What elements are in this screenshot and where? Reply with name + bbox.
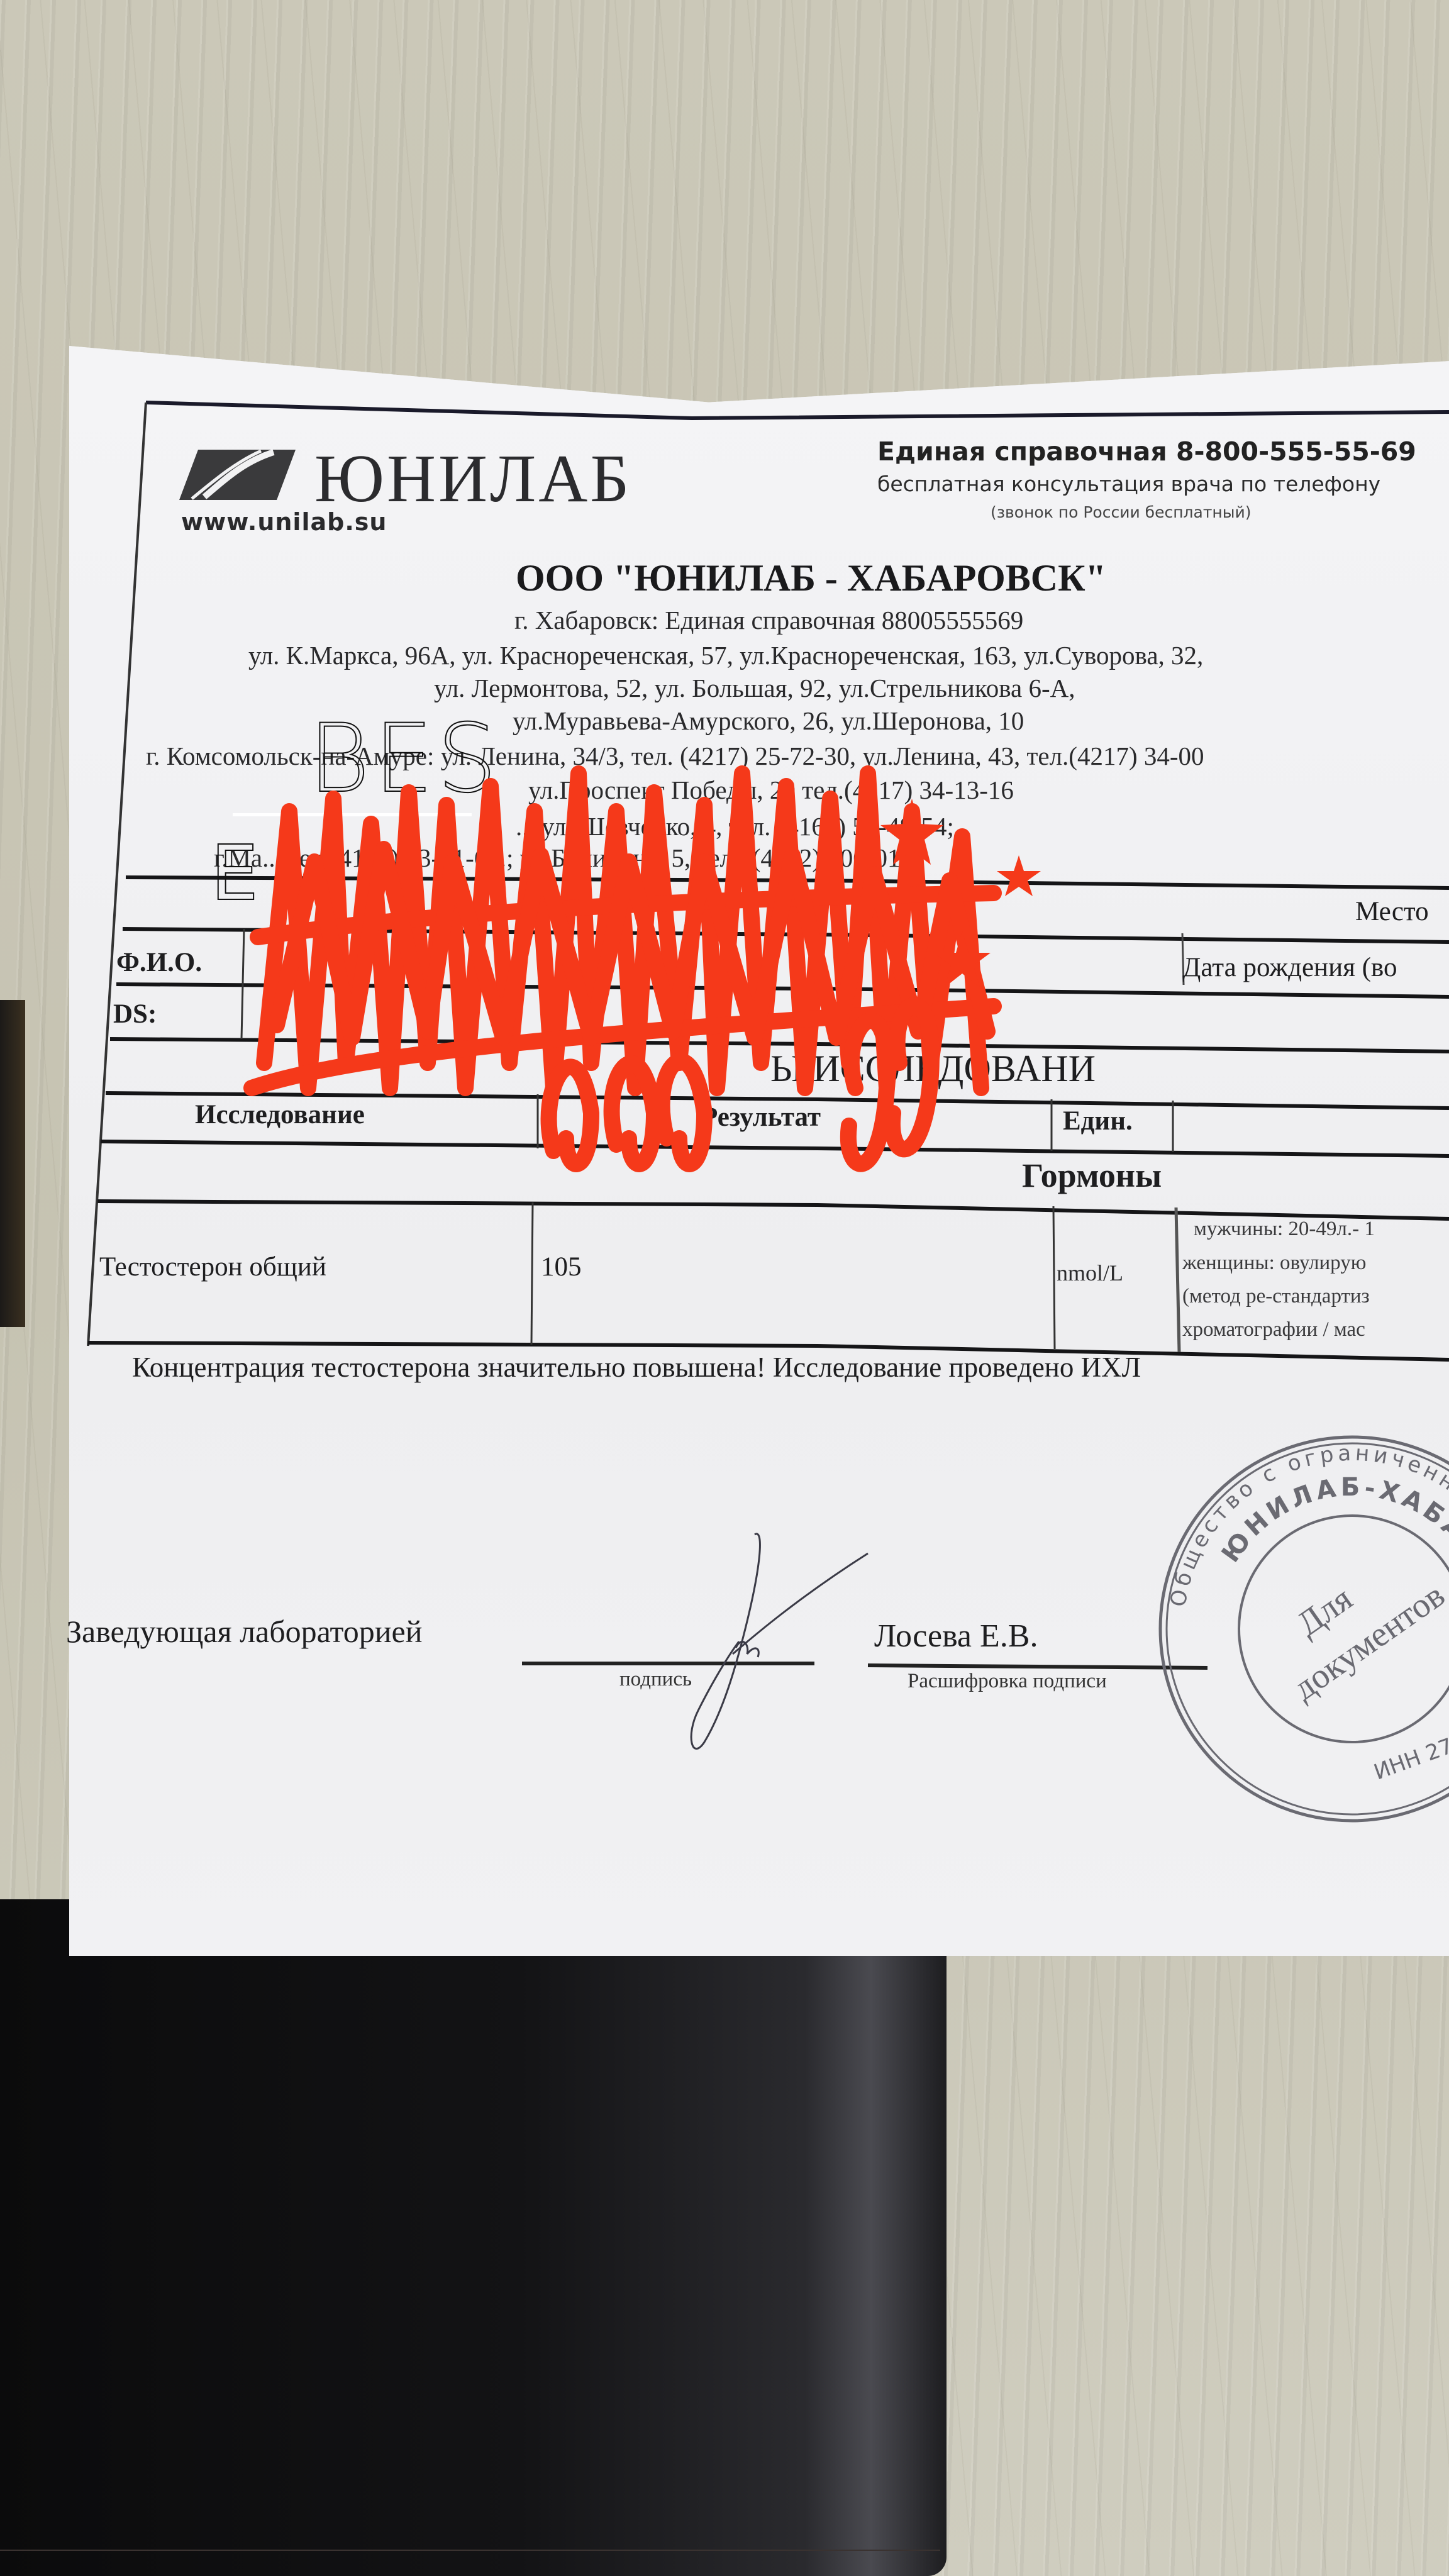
organization-title: ООО "ЮНИЛАБ - ХАБАРОВСК" (516, 557, 1106, 600)
red-scribble-redaction (239, 736, 1075, 1201)
hotline-phone: Единая справочная 8-800-555-55-69 (877, 436, 1416, 467)
address-line: г. Хабаровск: Единая справочная 88005555… (514, 605, 1023, 635)
brand-url: www.unilab.su (181, 508, 387, 536)
name-label: Ф.И.О. (116, 947, 202, 978)
name-caption: Расшифровка подписи (908, 1670, 1107, 1693)
reference-line: женщины: овулирую (1182, 1252, 1366, 1275)
free-consultation-text: бесплатная консультация врача по телефон… (877, 472, 1380, 496)
handwritten-signature (604, 1528, 880, 1755)
free-call-note: (звонок по России бесплатный) (991, 503, 1252, 521)
ds-label: DS: (113, 999, 157, 1030)
dark-strip-background (0, 1000, 25, 1327)
test-result: 105 (541, 1252, 582, 1282)
wallet (0, 1899, 947, 2576)
brand-name: ЮНИЛАБ (314, 440, 631, 518)
lab-head-role: Заведующая лабораторией (66, 1613, 422, 1650)
address-line: ул. Лермонтова, 52, ул. Большая, 92, ул.… (434, 673, 1075, 703)
lab-head-name: Лосева Е.В. (874, 1618, 1038, 1655)
result-comment: Концентрация тестостерона значительно по… (132, 1351, 1141, 1384)
reference-line: (метод ре-стандартиз (1182, 1285, 1370, 1308)
unilab-logo-icon (179, 450, 296, 500)
address-line: ул.Муравьева-Амурского, 26, ул.Шеронова,… (513, 706, 1024, 736)
reference-line: мужчины: 20-49л.- 1 (1194, 1218, 1375, 1241)
dob-label: Дата рождения (во (1182, 952, 1397, 983)
place-label: Место (1355, 896, 1429, 927)
test-name: Тестостерон общий (99, 1252, 326, 1282)
address-line: ул. К.Маркса, 96А, ул. Краснореченская, … (248, 640, 1203, 670)
organization-stamp: Общество с ограниченной ответств ЮНИЛАБ-… (1151, 1428, 1449, 1830)
test-unit: nmol/L (1057, 1260, 1123, 1286)
reference-line: хроматографии / мас (1182, 1318, 1365, 1341)
